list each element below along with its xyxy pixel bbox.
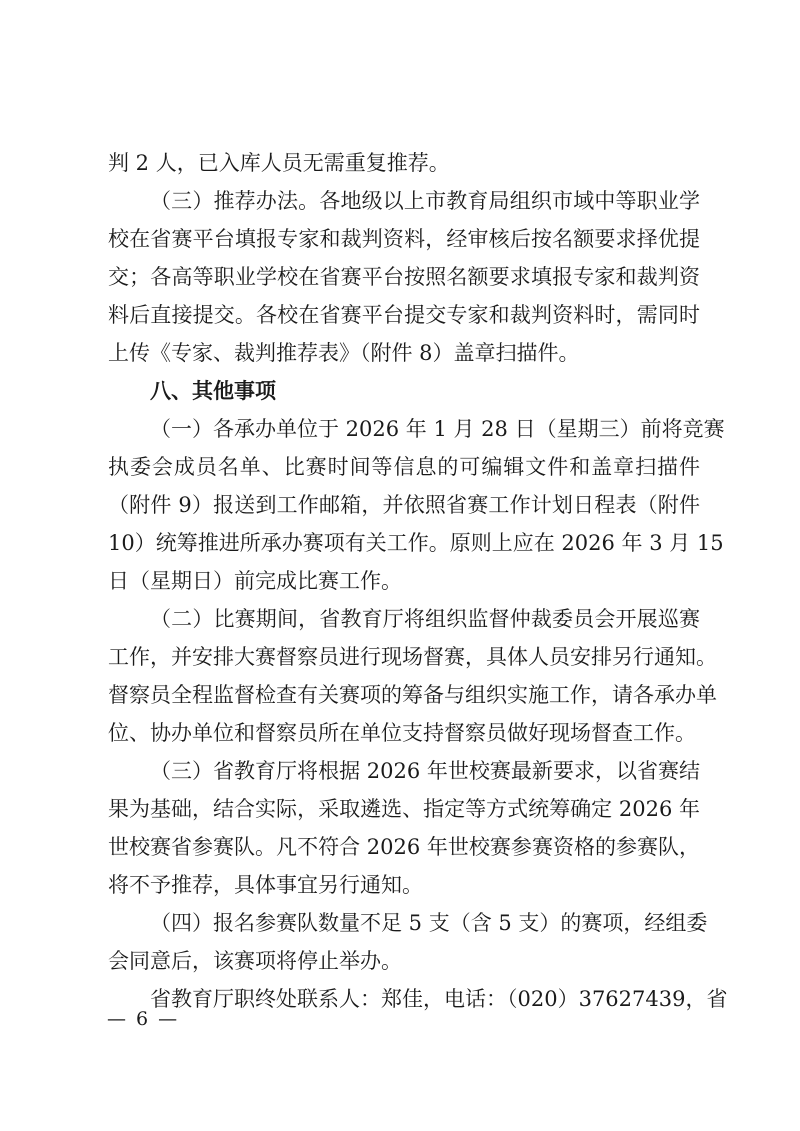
section-heading: 八、其他事项 bbox=[108, 372, 700, 410]
paragraph-line: 日（星期日）前完成比赛工作。 bbox=[108, 562, 700, 600]
paragraph-line: 督察员全程监督检查有关赛项的筹备与组织实施工作，请各承办单 bbox=[108, 676, 700, 714]
paragraph-line: 将不予推荐，具体事宜另行通知。 bbox=[108, 866, 700, 904]
document-page: 判 2 人，已入库人员无需重复推荐。 （三）推荐办法。各地级以上市教育局组织市域… bbox=[0, 0, 800, 1131]
paragraph-line: 判 2 人，已入库人员无需重复推荐。 bbox=[108, 144, 700, 182]
paragraph-line: 会同意后，该赛项将停止举办。 bbox=[108, 942, 700, 980]
document-body: 判 2 人，已入库人员无需重复推荐。 （三）推荐办法。各地级以上市教育局组织市域… bbox=[108, 144, 700, 1018]
paragraph-line: 世校赛省参赛队。凡不符合 2026 年世校赛参赛资格的参赛队， bbox=[108, 828, 700, 866]
paragraph-line: 果为基础，结合实际，采取遴选、指定等方式统筹确定 2026 年 bbox=[108, 790, 700, 828]
paragraph-line: 省教育厅职终处联系人：郑佳，电话：（020）37627439，省 bbox=[108, 980, 700, 1018]
paragraph-line: 交；各高等职业学校在省赛平台按照名额要求填报专家和裁判资 bbox=[108, 258, 700, 296]
paragraph-line: （四）报名参赛队数量不足 5 支（含 5 支）的赛项，经组委 bbox=[108, 904, 700, 942]
paragraph-line: 工作，并安排大赛督察员进行现场督赛，具体人员安排另行通知。 bbox=[108, 638, 700, 676]
paragraph-line: （三）省教育厅将根据 2026 年世校赛最新要求，以省赛结 bbox=[108, 752, 700, 790]
paragraph-line: 上传《专家、裁判推荐表》（附件 8）盖章扫描件。 bbox=[108, 334, 700, 372]
paragraph-line: 执委会成员名单、比赛时间等信息的可编辑文件和盖章扫描件 bbox=[108, 448, 700, 486]
paragraph-line: （附件 9）报送到工作邮箱，并依照省赛工作计划日程表（附件 bbox=[108, 486, 700, 524]
paragraph-line: 10）统筹推进所承办赛项有关工作。原则上应在 2026 年 3 月 15 bbox=[108, 524, 700, 562]
paragraph-line: （三）推荐办法。各地级以上市教育局组织市域中等职业学 bbox=[108, 182, 700, 220]
paragraph-line: 位、协办单位和督察员所在单位支持督察员做好现场督查工作。 bbox=[108, 714, 700, 752]
paragraph-line: 料后直接提交。各校在省赛平台提交专家和裁判资料时，需同时 bbox=[108, 296, 700, 334]
page-number: — 6 — bbox=[107, 1008, 179, 1030]
paragraph-line: （二）比赛期间，省教育厅将组织监督仲裁委员会开展巡赛 bbox=[108, 600, 700, 638]
paragraph-line: 校在省赛平台填报专家和裁判资料，经审核后按名额要求择优提 bbox=[108, 220, 700, 258]
paragraph-line: （一）各承办单位于 2026 年 1 月 28 日（星期三）前将竞赛 bbox=[108, 410, 700, 448]
